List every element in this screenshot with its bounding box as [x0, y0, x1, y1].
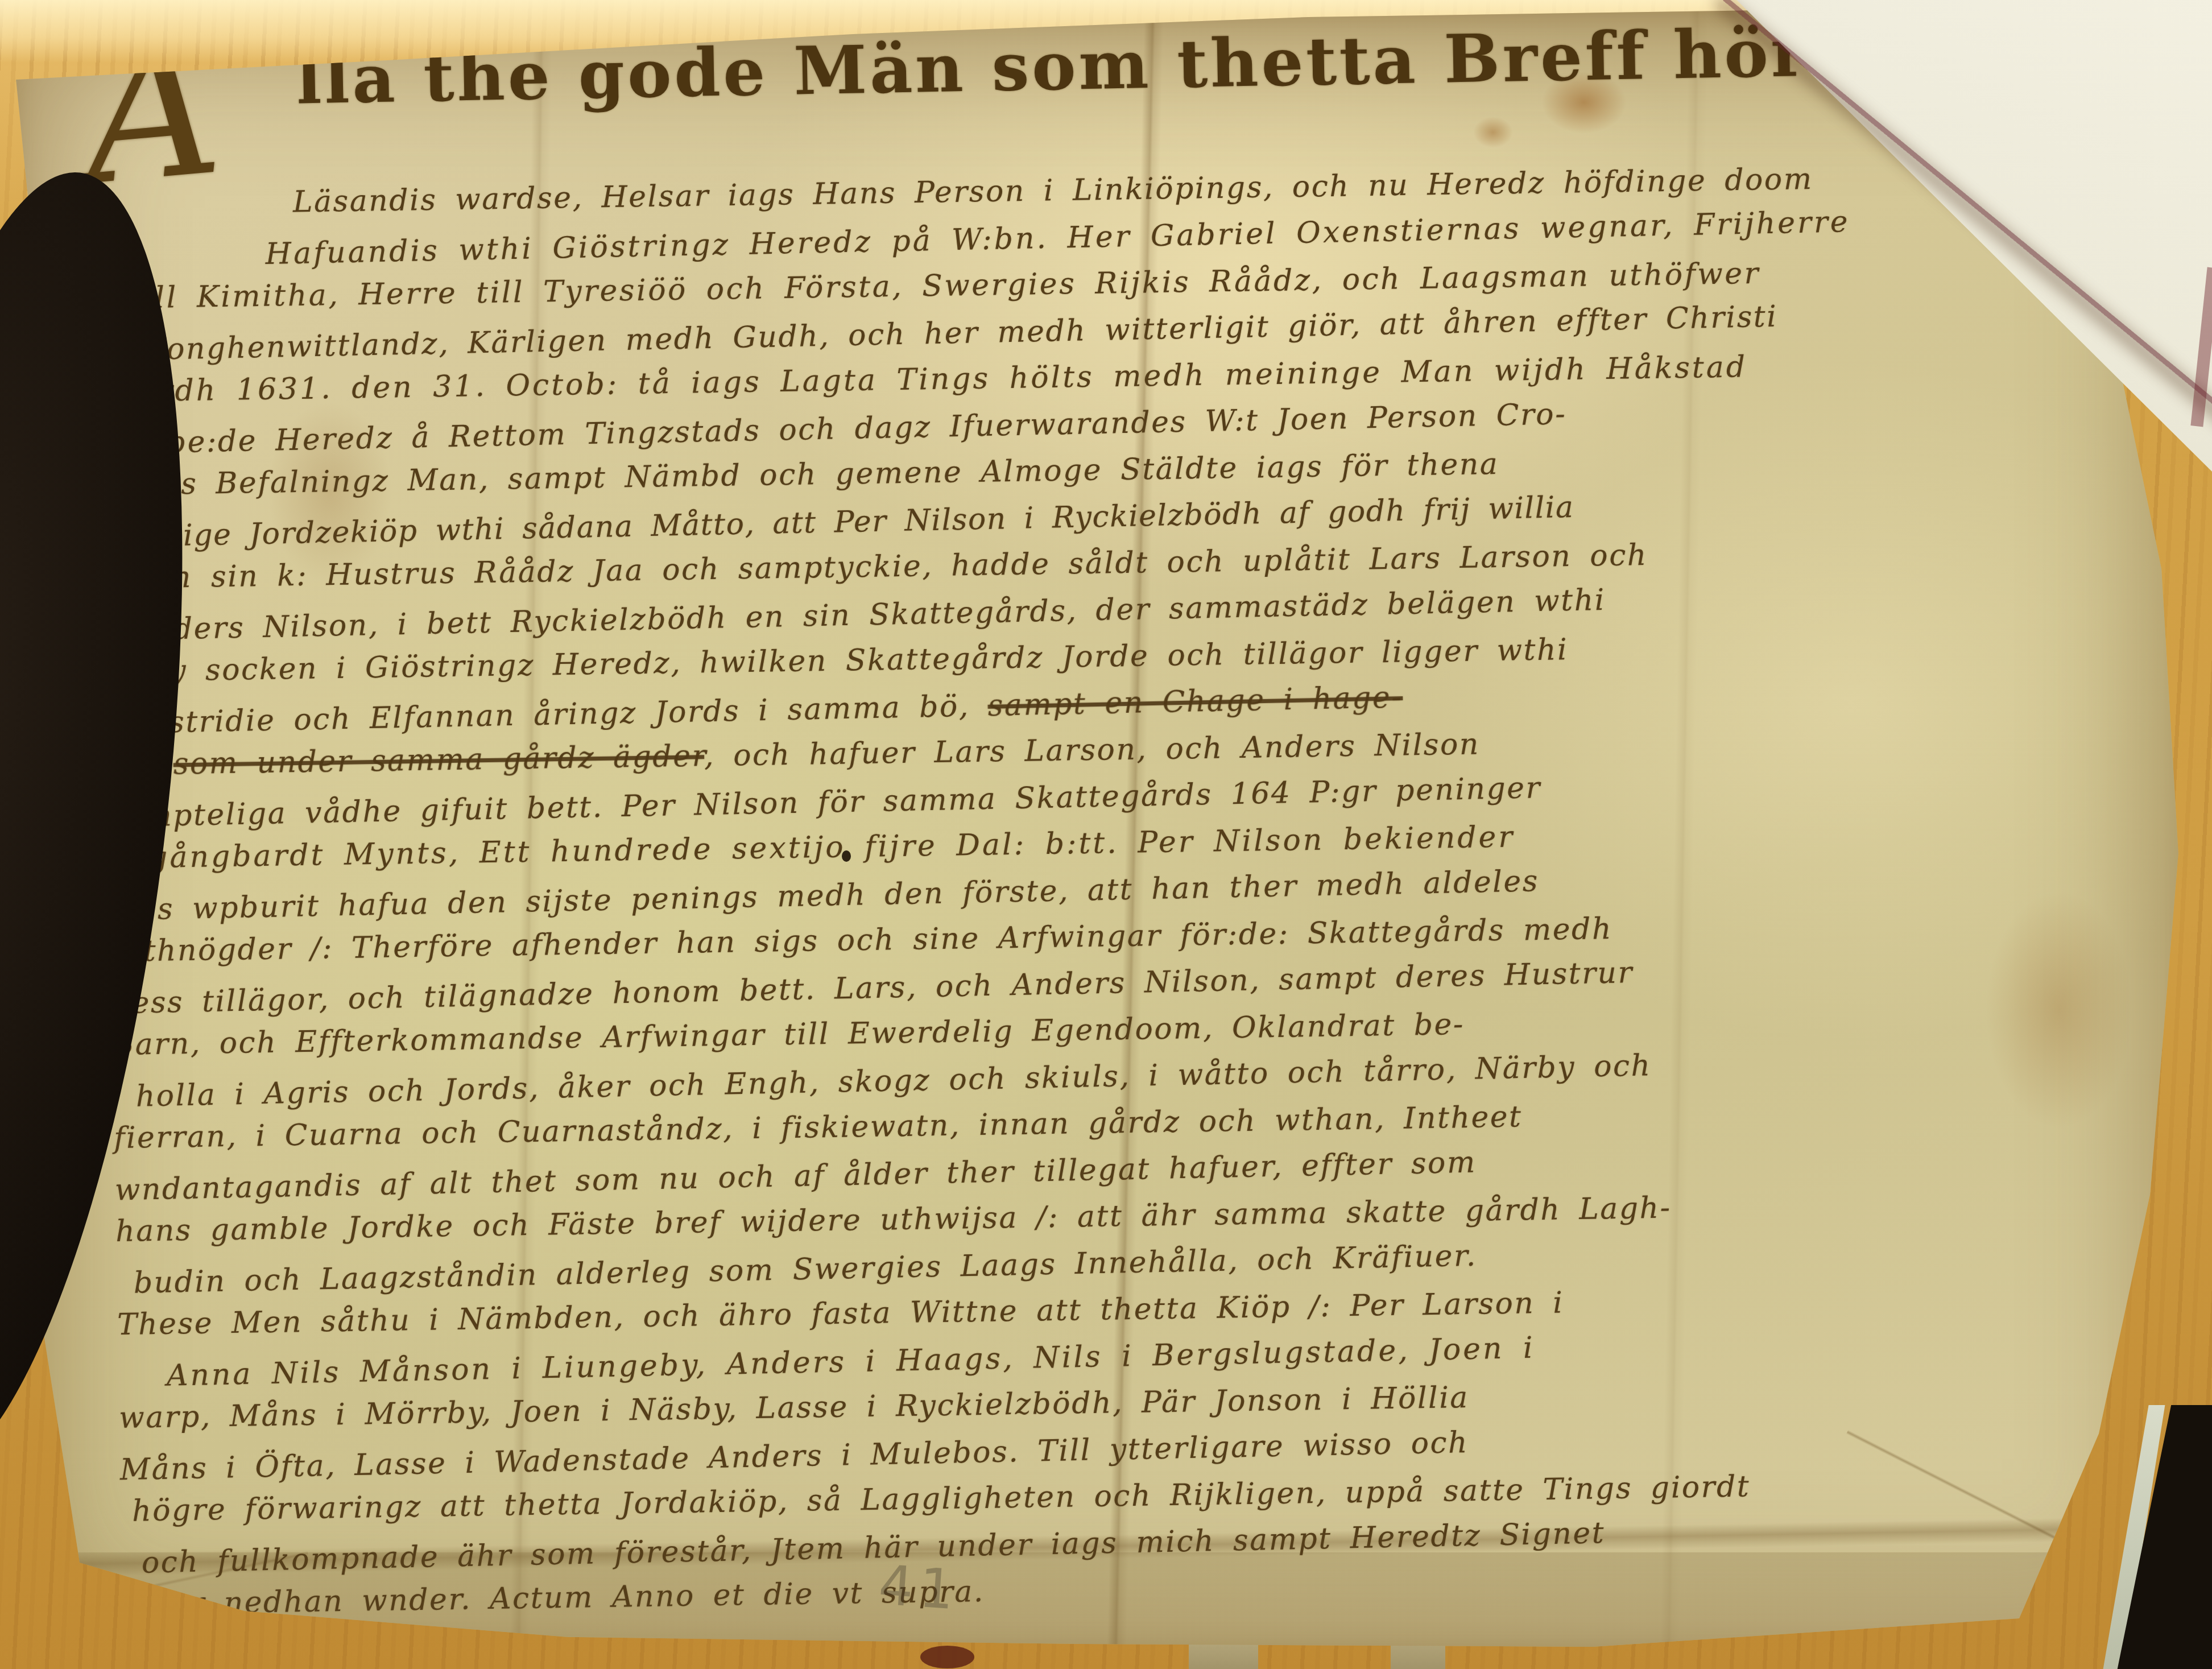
manuscript-text-block: A lla the gode Män som thetta Breff höra… [94, 0, 2159, 1631]
text-segment: , och hafuer Lars Larson, och Anders Nil… [704, 728, 1481, 774]
manuscript-body: Läsandis wardse, Helsar iags Hans Person… [96, 148, 2159, 1631]
struck-text: som under samma gårdz ägder [173, 739, 704, 781]
ink-speck [263, 1626, 272, 1637]
photo-of-historical-deed: A lla the gode Män som thetta Breff höra… [0, 0, 2212, 1669]
struck-text: sampt en Chage i hage- [987, 680, 1403, 723]
parchment-document: A lla the gode Män som thetta Breff höra… [6, 9, 2201, 1658]
archival-pencil-number: 41 [876, 1553, 962, 1622]
wood-stain [920, 1646, 974, 1668]
